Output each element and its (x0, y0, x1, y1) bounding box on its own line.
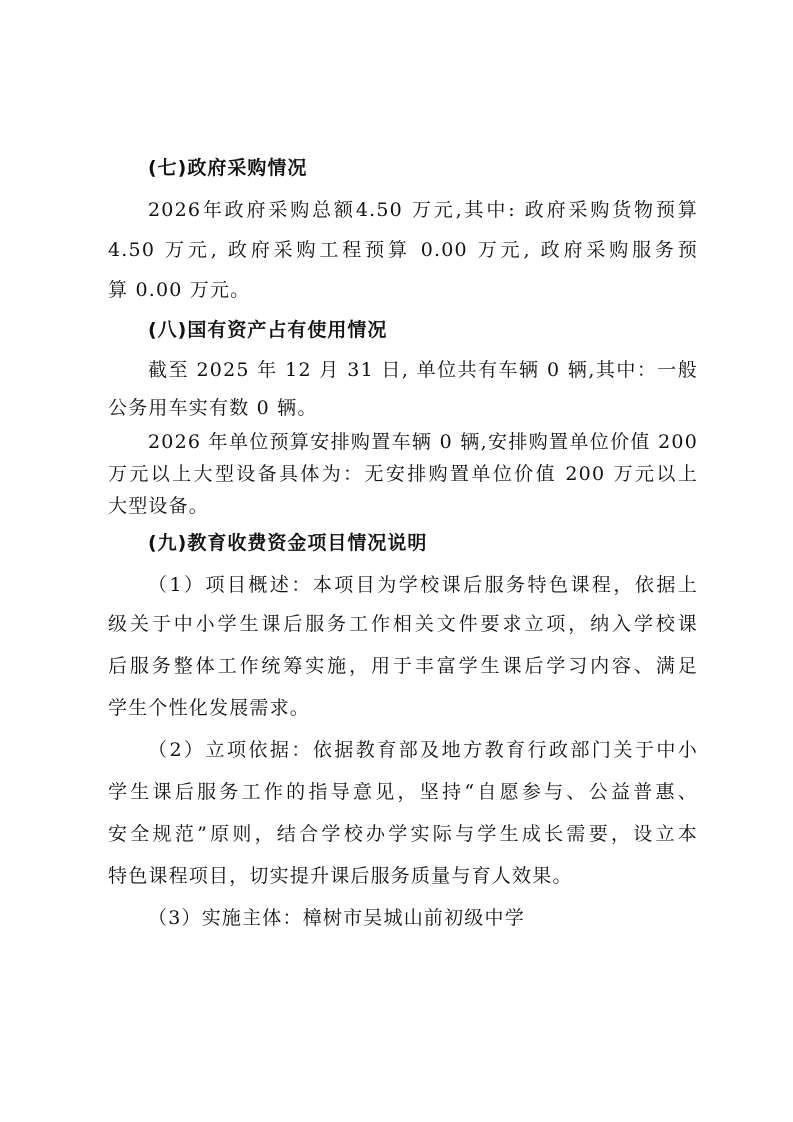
assets-purchase-line-3: 大型设备。 (108, 495, 698, 517)
item-1-line-3: 后服务整体工作统筹实施，用于丰富学生课后学习内容、满足 (108, 655, 698, 677)
item-1-line-4: 学生个性化发展需求。 (108, 697, 698, 719)
item-2-line-4: 特色课程项目，切实提升课后服务质量与育人效果。 (108, 865, 698, 887)
procurement-text-line-3: 算 0.00 万元。 (108, 279, 698, 301)
section-heading-procurement: (七)政府采购情况 (148, 157, 698, 179)
assets-purchase-line-1: 2026 年单位预算安排购置车辆 0 辆,安排购置单位价值 200 (148, 431, 698, 453)
item-1-line-1: （1）项目概述：本项目为学校课后服务特色课程，依据上 (148, 574, 698, 596)
procurement-text-line-2: 4.50 万元, 政府采购工程预算 0.00 万元, 政府采购服务预 (108, 239, 698, 261)
assets-text-line-1: 截至 2025 年 12 月 31 日, 单位共有车辆 0 辆,其中：一般 (148, 359, 698, 381)
assets-purchase-line-2: 万元以上大型设备具体为：无安排购置单位价值 200 万元以上 (108, 463, 698, 485)
item-2-line-1: （2）立项依据：依据教育部及地方教育行政部门关于中小 (148, 739, 698, 761)
section-heading-assets: (八)国有资产占有使用情况 (148, 319, 698, 341)
section-heading-education-fees: (九)教育收费资金项目情况说明 (148, 532, 698, 554)
item-2-line-3: 安全规范”原则，结合学校办学实际与学生成长需要，设立本 (108, 823, 698, 845)
item-1-line-2: 级关于中小学生课后服务工作相关文件要求立项，纳入学校课 (108, 613, 698, 635)
assets-text-line-2: 公务用车实有数 0 辆。 (108, 397, 698, 419)
item-3-line-1: （3）实施主体：樟树市吴城山前初级中学 (148, 907, 698, 929)
item-2-line-2: 学生课后服务工作的指导意见，坚持“自愿参与、公益普惠、 (108, 781, 698, 803)
procurement-text-line-1: 2026年政府采购总额4.50 万元,其中: 政府采购货物预算 (148, 199, 698, 221)
